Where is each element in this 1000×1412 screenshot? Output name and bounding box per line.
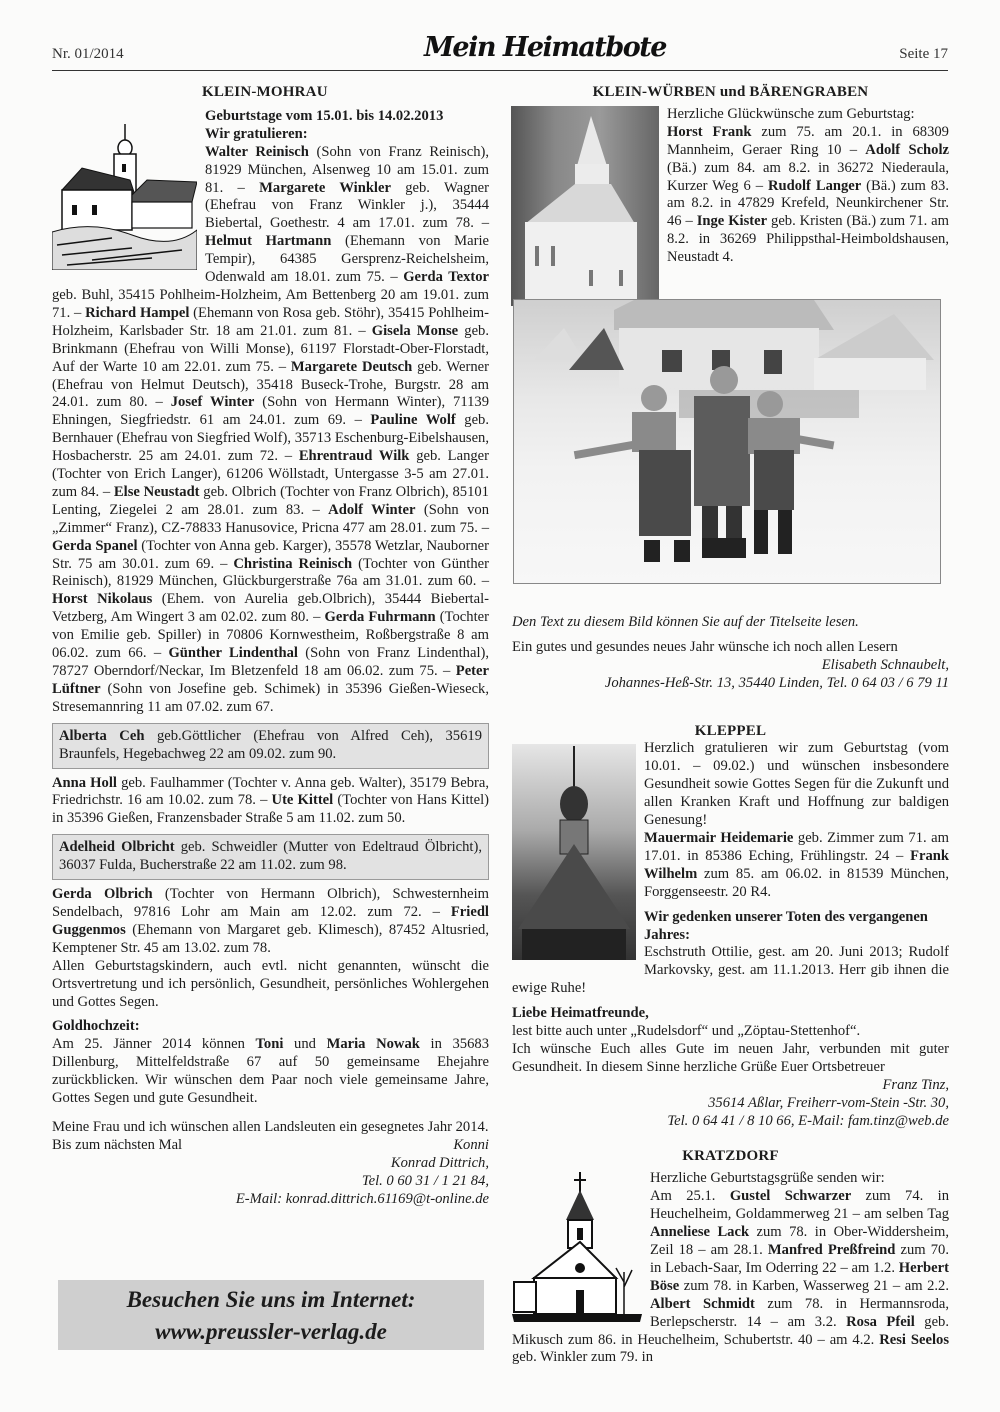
section-title-kleppel: KLEPPEL (512, 723, 949, 741)
person-name: Gerda Textor (403, 269, 489, 285)
person-name: Adelheid Olbricht (59, 839, 175, 855)
golden-wedding-text: Am 25. Jänner 2014 können Toni und Maria… (52, 1036, 489, 1108)
banner-url[interactable]: www.preussler-verlag.de (58, 1316, 484, 1348)
banner-line-1: Besuchen Sie uns im Internet: (58, 1284, 484, 1316)
chapel-drawing-icon (512, 1172, 642, 1322)
person-name: Horst Frank (667, 124, 751, 140)
children-in-snow-photo (513, 299, 941, 584)
section-title-kratzdorf: KRATZDORF (512, 1148, 949, 1166)
person-name: Margarete Winkler (259, 180, 391, 196)
person-details: (Sohn von Josefine geb. Schimek) in 3539… (52, 681, 489, 715)
person-name: Walter Reinisch (205, 144, 309, 160)
birthday-list-3: Gerda Olbrich (Tochter von Hermann Olbri… (52, 886, 489, 958)
person-name: Gustel Schwarzer (730, 1188, 851, 1204)
section-title-klein-wuerben: KLEIN-WÜRBEN und BÄRENGRABEN (512, 84, 949, 102)
person-name: Günther Lindenthal (168, 645, 298, 661)
signature-contact[interactable]: Tel. 0 64 41 / 8 10 66, E-Mail: fam.tinz… (512, 1113, 949, 1131)
person-name: Maria Nowak (327, 1036, 420, 1052)
closing-greeting: Meine Frau und ich wünschen allen Landsl… (52, 1119, 489, 1137)
golden-wedding-heading: Goldhochzeit: (52, 1018, 140, 1034)
person-name: Margarete Deutsch (291, 359, 412, 375)
person-name: Richard Hampel (85, 305, 189, 321)
signature-line: Bis zum nächsten MalKonni (52, 1137, 489, 1155)
signature-email[interactable]: E-Mail: konrad.dittrich.61169@t-online.d… (52, 1191, 489, 1209)
person-name: Toni (256, 1036, 284, 1052)
person-name: Gisela Monse (372, 323, 458, 339)
left-column: KLEIN-MOHRAU Geburtstage vom 15.01. bis … (52, 84, 489, 1208)
person-name: Adolf Winter (328, 502, 415, 518)
person-name: Rosa Pfeil (846, 1314, 915, 1330)
signature-address: 35614 Aßlar, Freiherr-vom-Stein -Str. 30… (512, 1095, 949, 1113)
newspaper-logo: Mein Heimatbote (424, 32, 666, 63)
chapel-photo-icon (511, 106, 659, 306)
person-name: Ehrentraud Wilk (299, 448, 410, 464)
person-name: Christina Reinisch (233, 556, 352, 572)
signature-name: Franz Tinz, (512, 1077, 949, 1095)
issue-number: Nr. 01/2014 (52, 46, 124, 63)
page-number: Seite 17 (899, 46, 948, 63)
person-name: Alberta Ceh (59, 728, 144, 744)
person-name: Ute Kittel (272, 792, 334, 808)
signature-address: Johannes-Heß-Str. 13, 35440 Linden, Tel.… (512, 675, 949, 693)
person-name: Inge Kister (697, 213, 767, 229)
congratulate-heading: Wir gratulieren: (205, 126, 308, 142)
right-column: KLEIN-WÜRBEN und BÄRENGRABEN Herzliche G… (512, 84, 949, 1367)
children-photo-icon (514, 300, 940, 583)
person-name: Albert Schmidt (650, 1296, 755, 1312)
person-name: Rudolf Langer (768, 178, 861, 194)
section-title-klein-mohrau: KLEIN-MOHRAU (202, 84, 489, 102)
person-name: Gerda Spanel (52, 538, 138, 554)
kratzdorf-church-drawing (512, 1172, 642, 1322)
text-fragment: Am 25. Jänner 2014 können (52, 1036, 256, 1052)
chapel-photo (511, 106, 659, 306)
person-name: Horst Nikolaus (52, 591, 152, 607)
onion-dome-church-icon (512, 744, 636, 960)
person-name: Josef Winter (171, 394, 255, 410)
person-name: Gerda Fuhrmann (325, 609, 436, 625)
page-header: Nr. 01/2014 Mein Heimatbote Seite 17 (52, 30, 948, 71)
birthday-list-2: Anna Holl geb. Faulhammer (Tochter v. An… (52, 775, 489, 829)
text-fragment: und (283, 1036, 326, 1052)
person-name: Adolf Scholz (865, 142, 949, 158)
person-name: Gerda Olbrich (52, 886, 153, 902)
person-name: Pauline Wolf (370, 412, 455, 428)
friends-reference: lest bitte auch unter „Rudelsdorf“ und „… (512, 1023, 949, 1041)
person-name: Helmut Hartmann (205, 233, 331, 249)
person-name: Else Neustadt (114, 484, 200, 500)
friends-heading: Liebe Heimatfreunde, (512, 1005, 649, 1021)
person-details: zum 78. in Karben, Wasserweg 21 – am 2.2… (679, 1278, 949, 1294)
birthday-range-heading: Geburtstage vom 15.01. bis 14.02.2013 (205, 108, 443, 124)
person-name: Mauermair Heidemarie (644, 830, 793, 846)
church-illustration-icon (52, 120, 197, 270)
signature-name: Konrad Dittrich, (52, 1155, 489, 1173)
kleppel-church-photo (512, 744, 636, 960)
farewell-text: Bis zum nächsten Mal (52, 1137, 182, 1155)
person-name: Anna Holl (52, 775, 117, 791)
highlight-box-alberta-ceh: Alberta Ceh geb.Göttlicher (Ehefrau von … (52, 723, 489, 769)
person-name: Manfred Preßfreind (768, 1242, 896, 1258)
person-name: Resi Seelos (879, 1332, 949, 1348)
memorial-heading: Wir gedenken unserer Toten des vergangen… (644, 909, 928, 943)
signature-name: Elisabeth Schnaubelt, (512, 657, 949, 675)
person-name: Anneliese Lack (650, 1224, 749, 1240)
website-banner: Besuchen Sie uns im Internet: www.preuss… (58, 1280, 484, 1350)
photo-caption: Den Text zu diesem Bild können Sie auf d… (512, 614, 949, 632)
church-drawing-klein-mohrau (52, 120, 197, 270)
text-fragment: Am 25.1. (650, 1188, 730, 1204)
signature-nickname: Konni (453, 1137, 489, 1155)
birthday-wishes: Allen Geburtstagskindern, auch evtl. nic… (52, 958, 489, 1012)
new-year-wish: Ein gutes und gesundes neues Jahr wünsch… (512, 639, 949, 657)
friends-greeting: Ich wünsche Euch alles Gute im neuen Jah… (512, 1041, 949, 1077)
highlight-box-adelheid-olbricht: Adelheid Olbricht geb. Schweidler (Mutte… (52, 834, 489, 880)
klein-mohrau-heading-block: KLEIN-MOHRAU (52, 84, 489, 102)
signature-phone: Tel. 0 60 31 / 1 21 84, (52, 1173, 489, 1191)
person-details: geb. Winkler zum 79. in (512, 1349, 653, 1365)
